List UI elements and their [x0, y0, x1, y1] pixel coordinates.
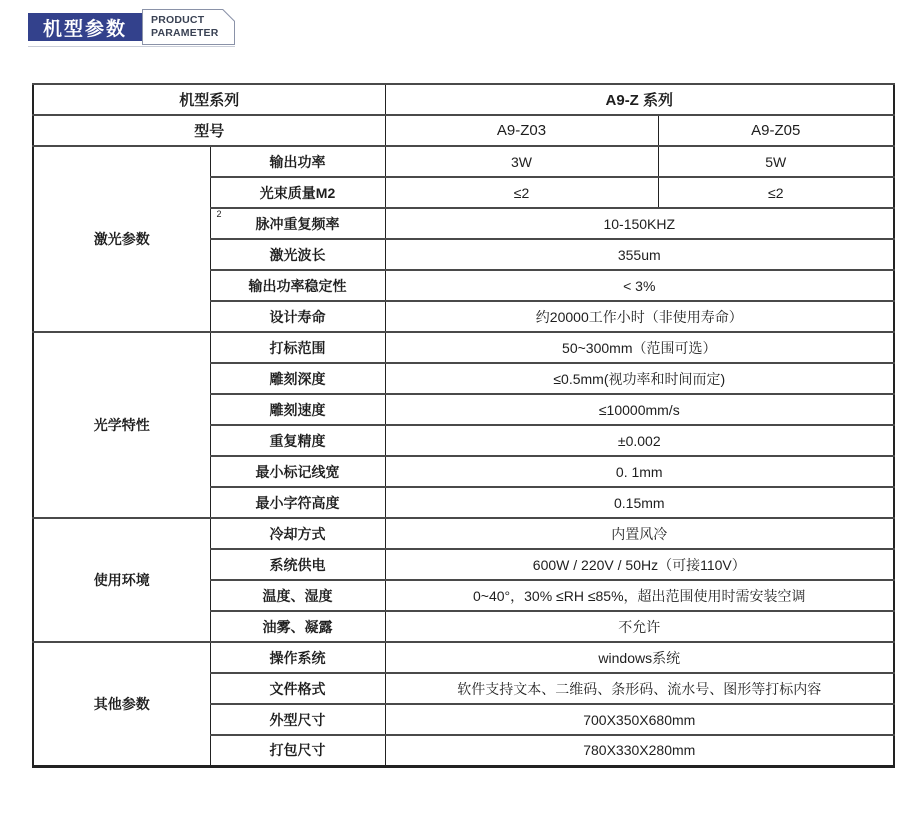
table-row: 激光参数 输出功率 3W 5W — [33, 146, 894, 177]
model-value-cell: A9-Z05 — [658, 115, 894, 146]
product-parameter-badge: PRODUCT PARAMETER — [142, 9, 235, 45]
param-label-cell: 冷却方式 — [210, 518, 385, 549]
param-value-cell: 0.15mm — [385, 487, 894, 518]
param-value-cell: ≤2 — [658, 177, 894, 208]
param-value-cell: 内置风冷 — [385, 518, 894, 549]
param-label-cell: 外型尺寸 — [210, 704, 385, 735]
param-label-cell: 2 脉冲重复频率 — [210, 208, 385, 239]
badge-line-1: PRODUCT — [151, 14, 234, 27]
param-label-cell: 重复精度 — [210, 425, 385, 456]
group-label-cell: 光学特性 — [33, 332, 210, 518]
group-label-cell: 激光参数 — [33, 146, 210, 332]
param-value-cell: ≤2 — [385, 177, 658, 208]
param-value-cell: ≤0.5mm(视功率和时间而定) — [385, 363, 894, 394]
param-value-cell: 700X350X680mm — [385, 704, 894, 735]
page-title: 机型参数 — [28, 13, 142, 41]
param-value-cell: 5W — [658, 146, 894, 177]
param-value-cell: 约20000工作小时（非使用寿命） — [385, 301, 894, 332]
param-value-cell: windows系统 — [385, 642, 894, 673]
param-value-cell: ≤10000mm/s — [385, 394, 894, 425]
param-value-cell: 780X330X280mm — [385, 735, 894, 766]
param-label-cell: 输出功率 — [210, 146, 385, 177]
table-row: 使用环境 冷却方式 内置风冷 — [33, 518, 894, 549]
param-value-cell: 355um — [385, 239, 894, 270]
param-value-cell: 600W / 220V / 50Hz（可接110V） — [385, 549, 894, 580]
table-row: 型号 A9-Z03 A9-Z05 — [33, 115, 894, 146]
pulse-superscript: 2 — [217, 210, 222, 219]
model-label-cell: 型号 — [33, 115, 385, 146]
param-value-cell: < 3% — [385, 270, 894, 301]
param-value-cell: ±0.002 — [385, 425, 894, 456]
param-label-cell: 雕刻深度 — [210, 363, 385, 394]
param-value-cell: 软件支持文本、二维码、条形码、流水号、图形等打标内容 — [385, 673, 894, 704]
param-label-cell: 最小标记线宽 — [210, 456, 385, 487]
model-value-cell: A9-Z03 — [385, 115, 658, 146]
table-row: 光学特性 打标范围 50~300mm（范围可选） — [33, 332, 894, 363]
param-label-cell: 系统供电 — [210, 549, 385, 580]
group-label-cell: 使用环境 — [33, 518, 210, 642]
param-label-cell: 操作系统 — [210, 642, 385, 673]
param-label: 脉冲重复频率 — [256, 216, 340, 232]
param-label-cell: 雕刻速度 — [210, 394, 385, 425]
table-row: 其他参数 操作系统 windows系统 — [33, 642, 894, 673]
badge-line-2: PARAMETER — [151, 27, 234, 40]
series-value-cell: A9-Z 系列 — [385, 84, 894, 115]
param-value-cell: 0. 1mm — [385, 456, 894, 487]
page-header: 机型参数 PRODUCT PARAMETER — [28, 9, 235, 45]
param-label-cell: 打包尺寸 — [210, 735, 385, 766]
spec-table: 机型系列 A9-Z 系列 型号 A9-Z03 A9-Z05 激光参数 输出功率 … — [32, 83, 895, 768]
param-label-cell: 光束质量M2 — [210, 177, 385, 208]
param-label-cell: 打标范围 — [210, 332, 385, 363]
param-label-cell: 最小字符高度 — [210, 487, 385, 518]
param-label-cell: 温度、湿度 — [210, 580, 385, 611]
param-value-cell: 0~40°，30% ≤RH ≤85%，超出范围使用时需安装空调 — [385, 580, 894, 611]
param-value-cell: 3W — [385, 146, 658, 177]
param-label-cell: 设计寿命 — [210, 301, 385, 332]
param-value-cell: 50~300mm（范围可选） — [385, 332, 894, 363]
param-label-cell: 文件格式 — [210, 673, 385, 704]
param-label-cell: 输出功率稳定性 — [210, 270, 385, 301]
param-value-cell: 不允许 — [385, 611, 894, 642]
param-label-cell: 激光波长 — [210, 239, 385, 270]
series-label-cell: 机型系列 — [33, 84, 385, 115]
group-label-cell: 其他参数 — [33, 642, 210, 766]
param-value-cell: 10-150KHZ — [385, 208, 894, 239]
table-row: 机型系列 A9-Z 系列 — [33, 84, 894, 115]
param-label-cell: 油雾、凝露 — [210, 611, 385, 642]
badge-inner: PRODUCT PARAMETER — [143, 10, 234, 44]
